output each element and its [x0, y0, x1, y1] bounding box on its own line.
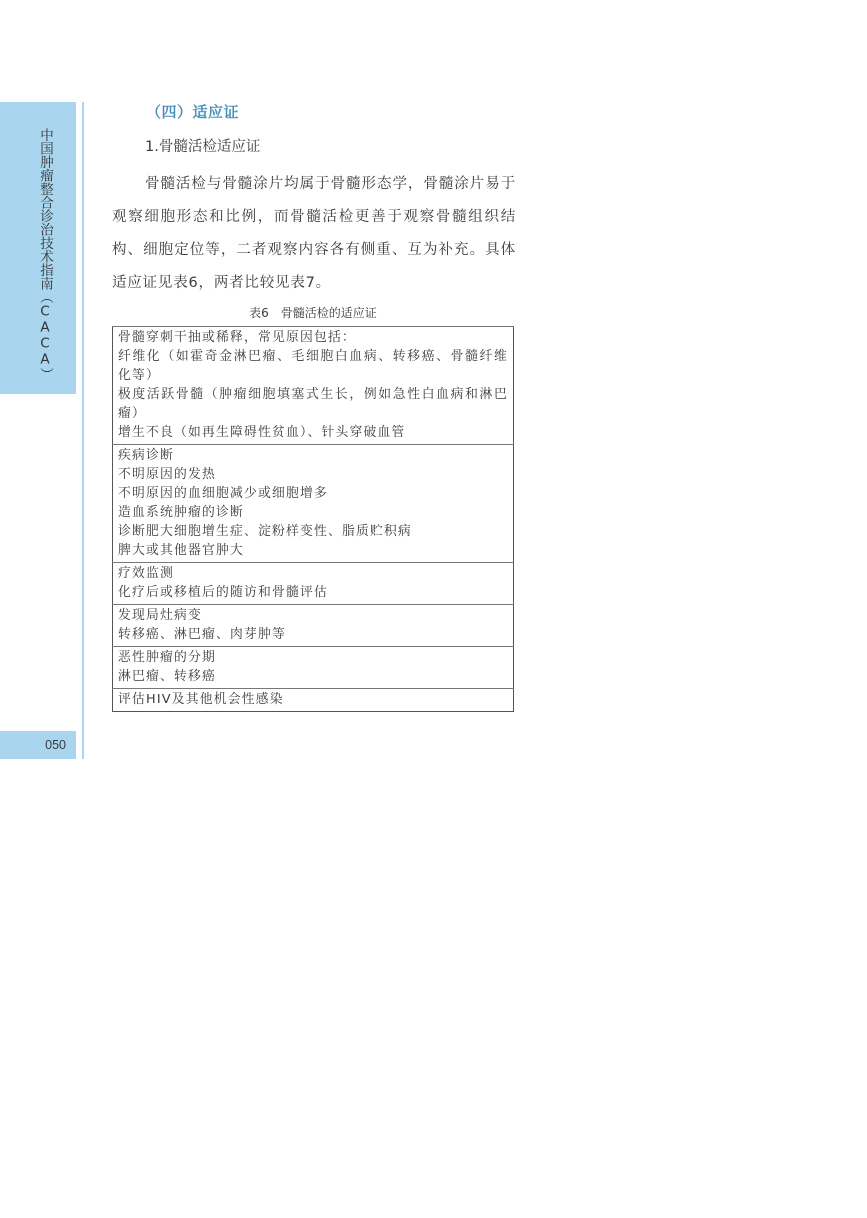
cell-line: 评估HIV及其他机会性感染: [118, 690, 508, 709]
page-number-tab: 050: [0, 731, 76, 759]
section-heading: （四）适应证: [146, 101, 239, 122]
table-row: 评估HIV及其他机会性感染: [113, 689, 514, 712]
table-caption: 表6 骨髓活检的适应证: [112, 304, 514, 321]
cell-line: 转移癌、淋巴瘤、肉芽肿等: [118, 625, 508, 644]
cell-line: 不明原因的血细胞减少或细胞增多: [118, 484, 508, 503]
table-cell: 疗效监测 化疗后或移植后的随访和骨髓评估: [113, 563, 514, 605]
cell-line: 发现局灶病变: [118, 606, 508, 625]
margin-rule: [82, 102, 84, 759]
table-row: 疾病诊断 不明原因的发热 不明原因的血细胞减少或细胞增多 造血系统肿瘤的诊断 诊…: [113, 445, 514, 563]
body-paragraph: 骨髓活检与骨髓涂片均属于骨髓形态学，骨髓涂片易于观察细胞形态和比例，而骨髓活检更…: [112, 168, 516, 300]
cell-line: 增生不良（如再生障碍性贫血）、针头穿破血管: [118, 423, 508, 442]
table-cell: 疾病诊断 不明原因的发热 不明原因的血细胞减少或细胞增多 造血系统肿瘤的诊断 诊…: [113, 445, 514, 563]
cell-line: 不明原因的发热: [118, 465, 508, 484]
cell-line: 化疗后或移植后的随访和骨髓评估: [118, 583, 508, 602]
table-row: 发现局灶病变 转移癌、淋巴瘤、肉芽肿等: [113, 605, 514, 647]
table-row: 疗效监测 化疗后或移植后的随访和骨髓评估: [113, 563, 514, 605]
table-cell: 发现局灶病变 转移癌、淋巴瘤、肉芽肿等: [113, 605, 514, 647]
cell-line: 疾病诊断: [118, 446, 508, 465]
cell-line: 骨髓穿刺干抽或稀释，常见原因包括：: [118, 328, 508, 347]
table-cell: 骨髓穿刺干抽或稀释，常见原因包括： 纤维化（如霍奇金淋巴瘤、毛细胞白血病、转移癌…: [113, 327, 514, 445]
table-cell: 评估HIV及其他机会性感染: [113, 689, 514, 712]
cell-line: 纤维化（如霍奇金淋巴瘤、毛细胞白血病、转移癌、骨髓纤维化等）: [118, 347, 508, 385]
cell-line: 造血系统肿瘤的诊断: [118, 503, 508, 522]
cell-line: 淋巴瘤、转移癌: [118, 667, 508, 686]
table-row: 恶性肿瘤的分期 淋巴瘤、转移癌: [113, 647, 514, 689]
page-number: 050: [45, 738, 66, 752]
indications-table: 骨髓穿刺干抽或稀释，常见原因包括： 纤维化（如霍奇金淋巴瘤、毛细胞白血病、转移癌…: [112, 326, 514, 712]
cell-line: 恶性肿瘤的分期: [118, 648, 508, 667]
sub-heading: 1.骨髓活检适应证: [145, 135, 260, 156]
cell-line: 疗效监测: [118, 564, 508, 583]
table-cell: 恶性肿瘤的分期 淋巴瘤、转移癌: [113, 647, 514, 689]
cell-line: 极度活跃骨髓（肿瘤细胞填塞式生长，例如急性白血病和淋巴瘤）: [118, 385, 508, 423]
cell-line: 脾大或其他器官肿大: [118, 541, 508, 560]
book-title: 中国肿瘤整合诊治技术指南（CACA）: [36, 128, 52, 381]
cell-line: 诊断肥大细胞增生症、淀粉样变性、脂质贮积病: [118, 522, 508, 541]
table-row: 骨髓穿刺干抽或稀释，常见原因包括： 纤维化（如霍奇金淋巴瘤、毛细胞白血病、转移癌…: [113, 327, 514, 445]
